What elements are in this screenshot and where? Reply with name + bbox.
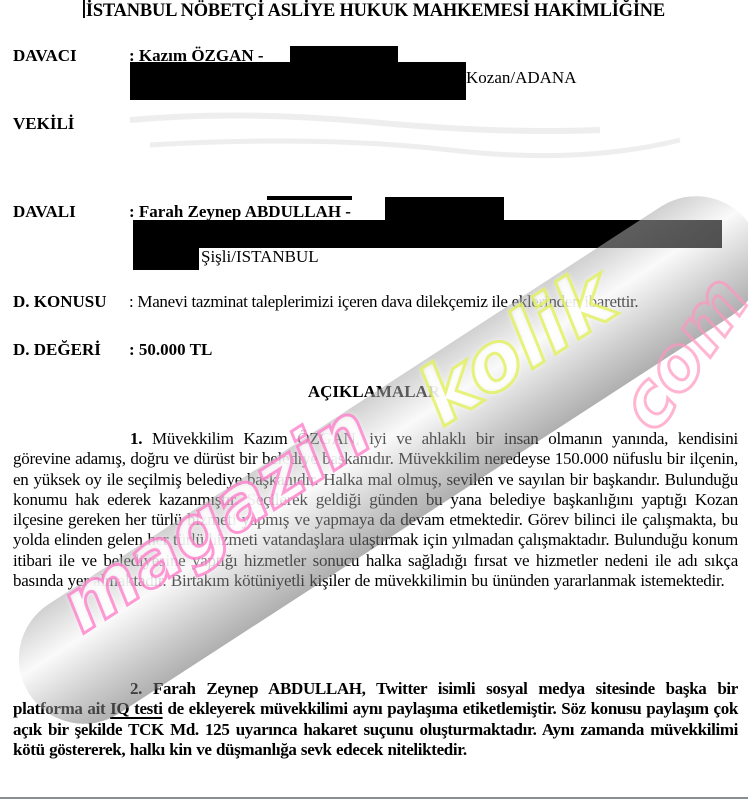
plaintiff-label: DAVACI (13, 46, 77, 66)
section-heading: AÇIKLAMALAR (0, 382, 748, 402)
attorney-label: VEKİLİ (13, 114, 74, 134)
paragraph-number: 2. (130, 679, 142, 698)
paragraph-2: 2. Farah Zeynep ABDULLAH, Twitter isimli… (13, 679, 738, 760)
watermark-text: com (601, 259, 748, 444)
redacted-block (133, 244, 199, 270)
redacted-block (385, 197, 504, 221)
redacted-block (267, 196, 352, 200)
court-name: İSTANBUL NÖBETÇİ ASLİYE HUKUK MAHKEMESİ … (86, 0, 665, 21)
document-page: İSTANBUL NÖBETÇİ ASLİYE HUKUK MAHKEMESİ … (0, 0, 748, 796)
paragraph-text: Müvekkilim Kazım ÖZGAN, iyi ve ahlaklı b… (13, 429, 738, 590)
claim-value-label: D. DEĞERİ (13, 340, 101, 360)
plaintiff-city: Kozan/ADANA (466, 68, 576, 88)
defendant-label: DAVALI (13, 202, 76, 222)
paragraph-1: 1. Müvekkilim Kazım ÖZGAN, iyi ve ahlakl… (13, 429, 738, 591)
paragraph-number: 1. (130, 429, 142, 448)
defendant-name: : Farah Zeynep ABDULLAH - (129, 202, 351, 222)
subject-label: D. KONUSU (13, 292, 107, 312)
document-title: İSTANBUL NÖBETÇİ ASLİYE HUKUK MAHKEMESİ … (11, 0, 737, 22)
erased-signature (120, 110, 710, 170)
claim-value: : 50.000 TL (129, 340, 212, 360)
subject-value: : Manevi tazminat taleplerimizi içeren d… (129, 292, 638, 312)
defendant-city: Şişli/ISTANBUL (201, 247, 319, 267)
watermark-text: kolik (402, 249, 632, 443)
text-cursor (83, 0, 85, 18)
redacted-block (133, 220, 722, 248)
redacted-block (130, 62, 466, 100)
underlined-phrase: IQ testi (110, 699, 162, 718)
